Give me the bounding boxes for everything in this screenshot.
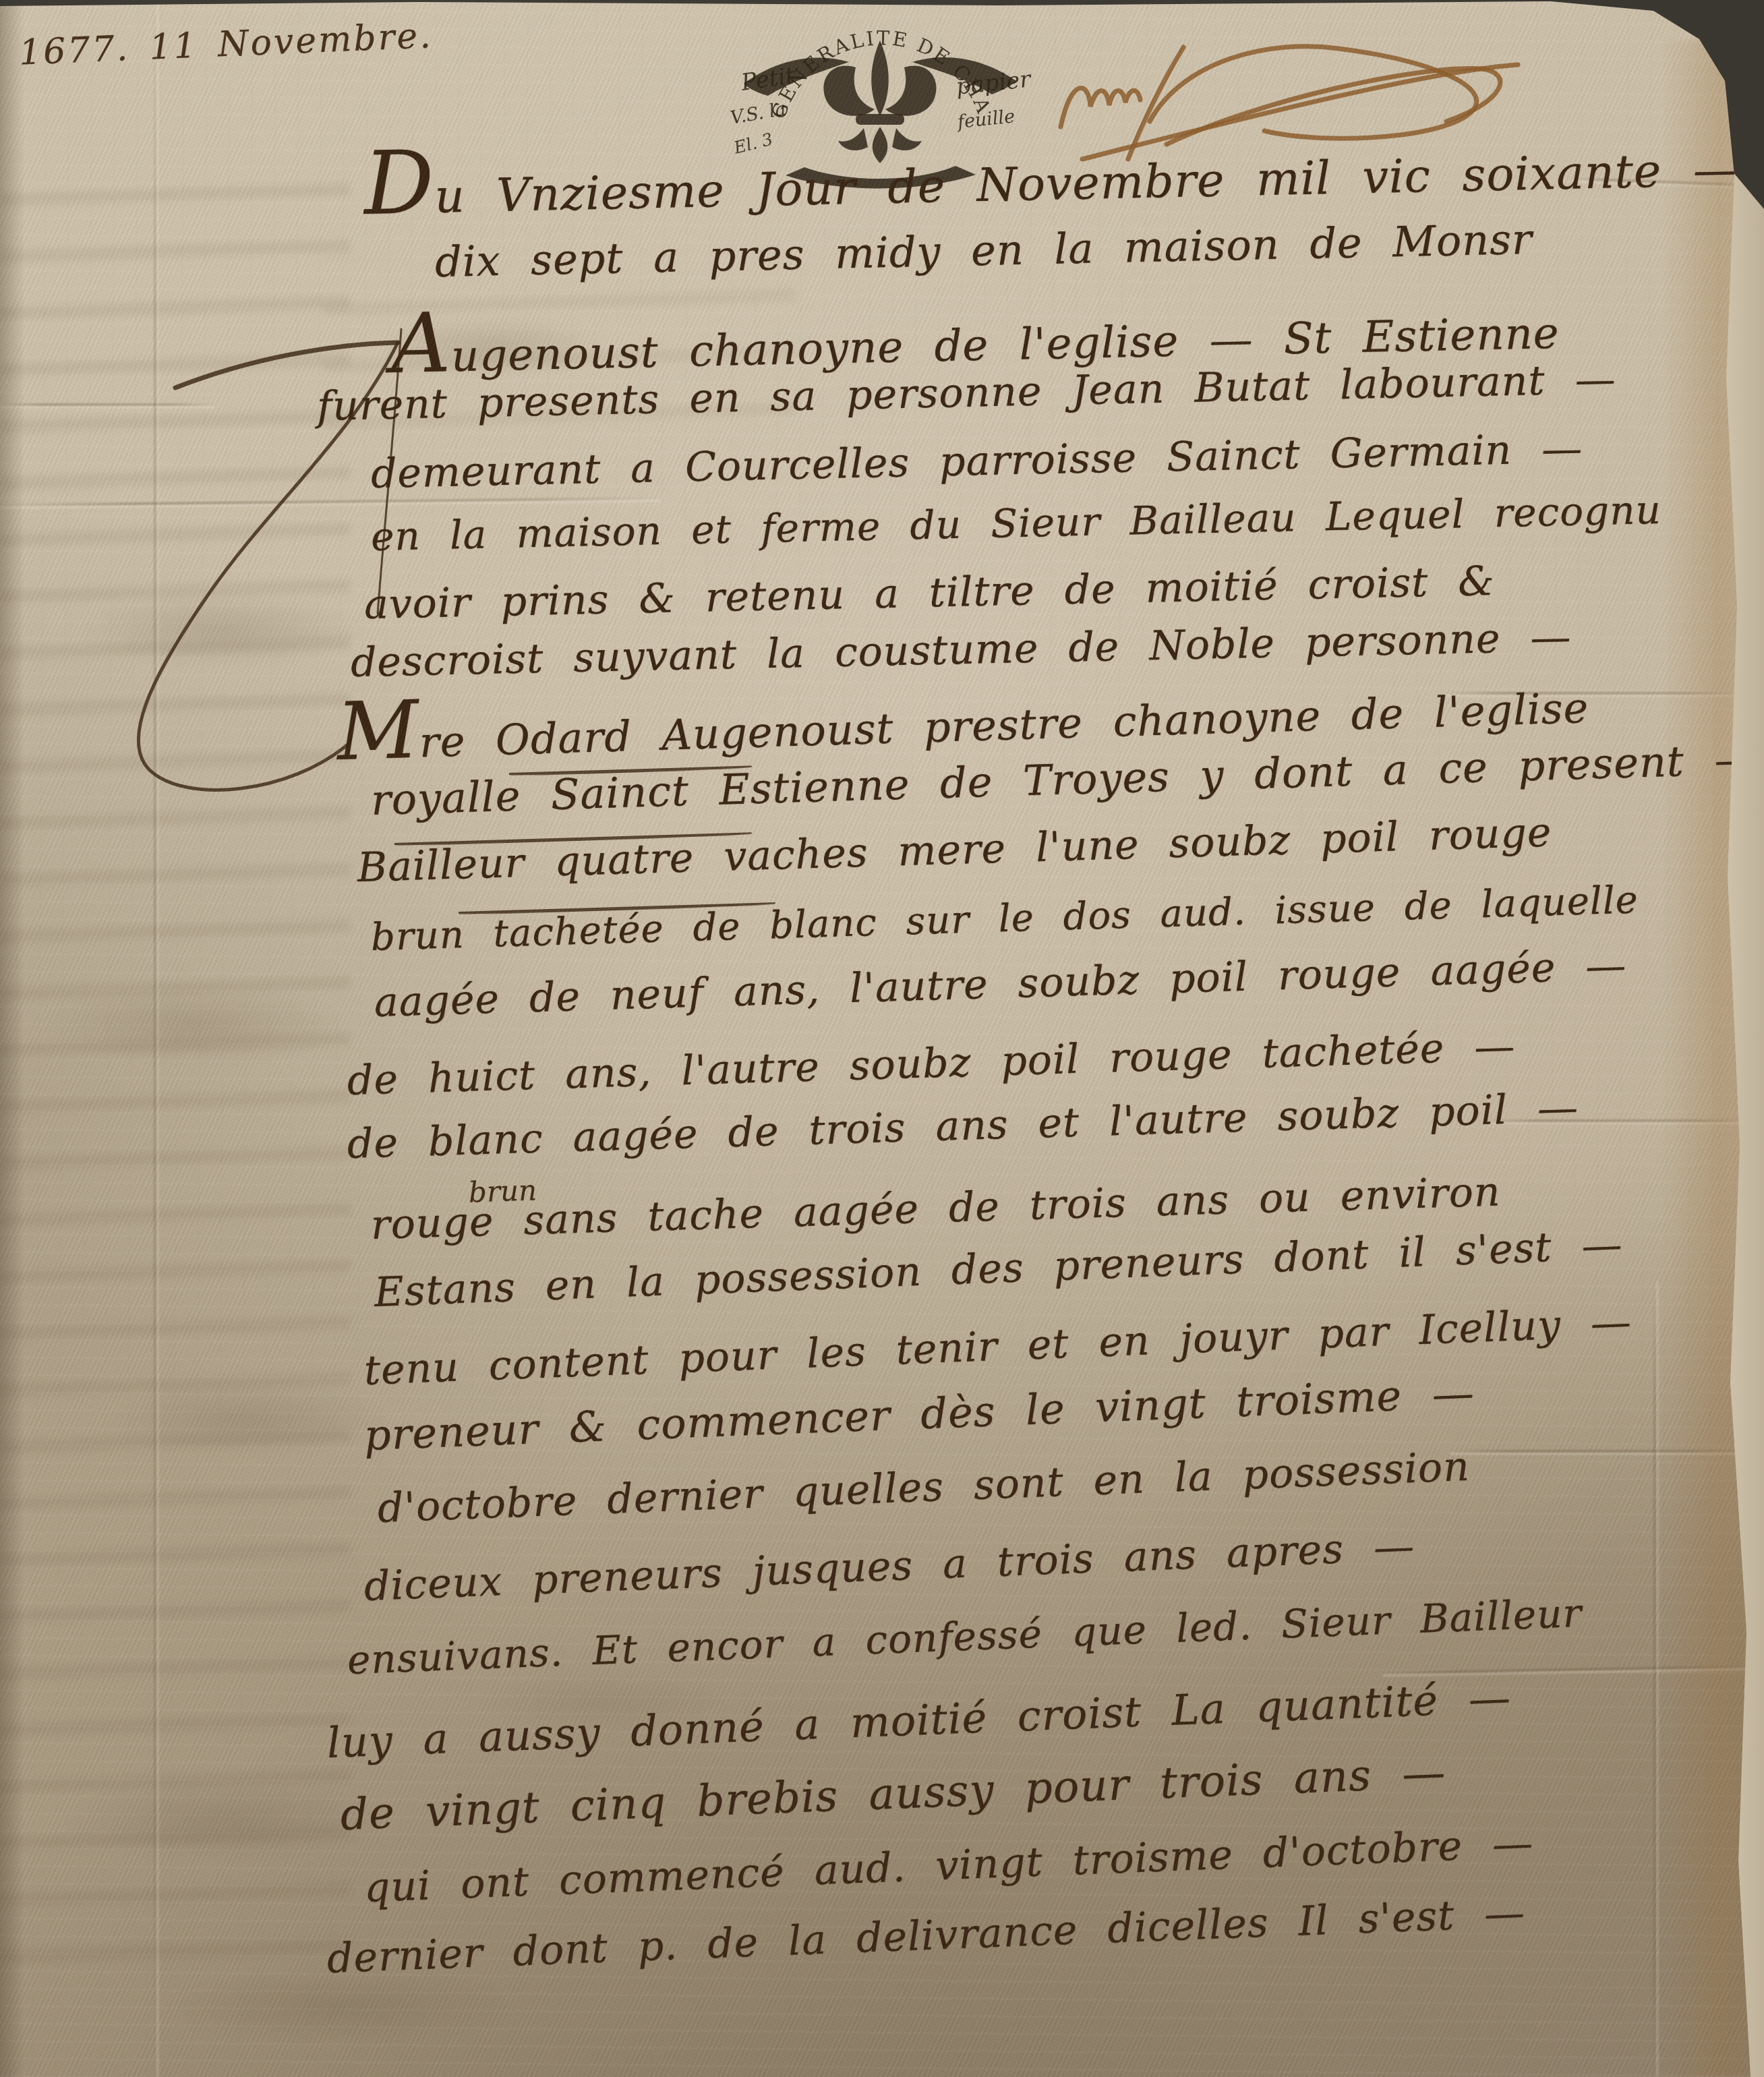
manuscript-page: 1677. 11 Novembre. <box>0 0 1764 2077</box>
verso-bleedthrough-blob <box>61 1780 384 1861</box>
photo-frame: 1677. 11 Novembre. <box>0 0 1764 2077</box>
verso-bleedthrough-blob <box>101 1382 391 1457</box>
paper-crease <box>1653 1281 1656 2077</box>
stamp-text-vs-la: V.S. la <box>729 98 788 129</box>
left-edge-shadow <box>0 0 24 2077</box>
paper-crease <box>154 0 156 2077</box>
interline-insertion: brun <box>468 1173 537 1208</box>
stamp-text-feuille: feuille <box>955 106 1016 133</box>
verso-bleedthrough-blob <box>40 985 351 1065</box>
